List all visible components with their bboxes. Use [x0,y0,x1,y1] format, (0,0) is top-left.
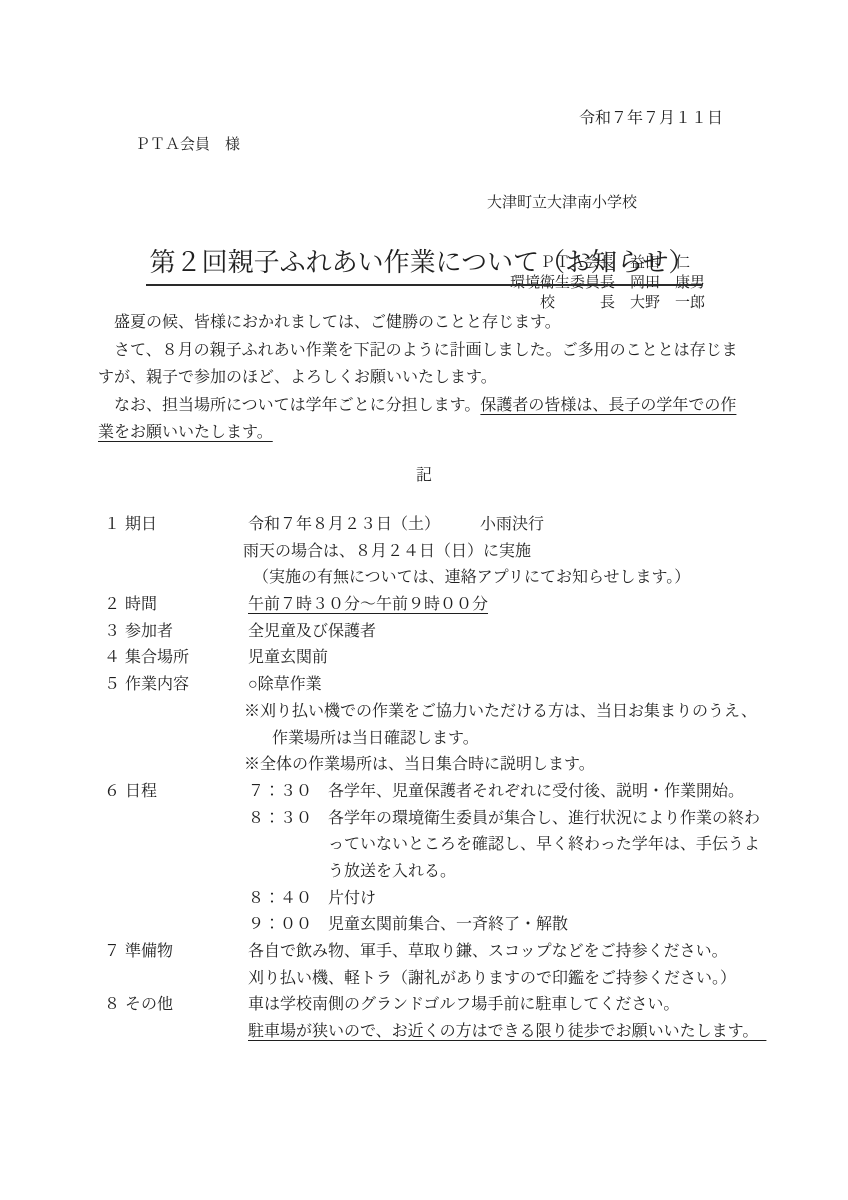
item-line: １期日令和７年８月２３日（土） 小雨決行 [0,512,848,539]
item-text: 雨天の場合は、８月２４日（日）に実施 [243,539,531,566]
item-label: 期日 [125,512,157,539]
item-number: ４ [104,645,120,672]
item-text: 駐車場が狭いので、お近くの方はできる限り徒歩でお願いいたします。 [248,1019,766,1046]
item-text: ９：００ 児童玄関前集合、一斉終了・解散 [248,912,568,939]
item-line: 雨天の場合は、８月２４日（日）に実施 [0,539,848,566]
item-number: ７ [104,939,120,966]
item-text: 各自で飲み物、軍手、草取り鎌、スコップなどをご持参ください。 [248,939,728,966]
school-name: 大津町立大津南小学校 [487,193,705,213]
item-number: ３ [104,619,120,646]
body-paragraph: さて、８月の親子ふれあい作業を下記のように計画しました。ご多用のこととは存じま … [98,337,758,392]
paragraph-text: なお、担当場所については学年ごとに分担します。 [98,397,480,414]
item-text: 作業場所は当日確認します。 [272,726,479,753]
item-text: ※全体の作業場所は、当日集合時に説明します。 [244,752,595,779]
item-text: ８：４０ 片付け [248,886,376,913]
item-line: 駐車場が狭いので、お近くの方はできる限り徒歩でお願いいたします。 [0,1019,848,1046]
item-text: 午前７時３０分～午前９時００分 [248,592,488,619]
item-text: 児童玄関前 [248,645,328,672]
item-label: 集合場所 [125,645,189,672]
item-text: っていないところを確認し、早く終わった学年は、手伝うよ [328,832,760,859]
item-line: ８その他車は学校南側のグランドゴルフ場手前に駐車してください。 [0,992,848,1019]
item-text: ７：３０ 各学年、児童保護者それぞれに受付後、説明・作業開始。 [248,779,744,806]
item-number: ２ [104,592,120,619]
item-line: ５作業内容○除草作業 [0,672,848,699]
item-text: 令和７年８月２３日（土） 小雨決行 [248,512,544,539]
item-line: ７準備物各自で飲み物、軍手、草取り鎌、スコップなどをご持参ください。 [0,939,848,966]
item-text: ※刈り払い機での作業をご協力いただける方は、当日お集まりのうえ、 [244,699,757,726]
document-date: 令和７年７月１１日 [579,108,723,130]
item-line: 作業場所は当日確認します。 [0,726,848,753]
item-number: ５ [104,672,120,699]
item-line: ※全体の作業場所は、当日集合時に説明します。 [0,752,848,779]
item-line: ※刈り払い機での作業をご協力いただける方は、当日お集まりのうえ、 [0,699,848,726]
item-line: っていないところを確認し、早く終わった学年は、手伝うよ [0,832,848,859]
item-label: その他 [125,992,173,1019]
notice-title: 第２回親子ふれあい作業について（お知らせ） [0,246,848,286]
item-number: １ [104,512,120,539]
item-label: 作業内容 [125,672,189,699]
notice-title-text: 第２回親子ふれあい作業について（お知らせ） [146,246,703,286]
item-line: ３参加者全児童及び保護者 [0,619,848,646]
item-line: ２時間午前７時３０分～午前９時００分 [0,592,848,619]
item-line: ８：４０ 片付け [0,886,848,913]
item-line: 刈り払い機、軽トラ（謝礼がありますので印鑑をご持参ください。） [0,966,848,993]
item-line: う放送を入れる。 [0,859,848,886]
item-text: 刈り払い機、軽トラ（謝礼がありますので印鑑をご持参ください。） [248,966,736,993]
item-label: 準備物 [125,939,173,966]
item-line: ４集合場所児童玄関前 [0,645,848,672]
document-page: 令和７年７月１１日 ＰＴＡ会員 様 大津町立大津南小学校 ＰＴＡ会長 益田 仁環… [0,0,848,1200]
item-text: 車は学校南側のグランドゴルフ場手前に駐車してください。 [248,992,679,1019]
item-number: ６ [104,779,120,806]
item-text: ８：３０ 各学年の環境衛生委員が集合し、進行状況により作業の終わ [248,806,760,833]
item-text: （実施の有無については、連絡アプリにてお知らせします。） [253,565,690,592]
ki-marker: 記 [0,462,848,490]
paragraph-text: さて、８月の親子ふれあい作業を下記のように計画しました。ご多用のこととは存じま … [98,342,738,387]
item-text: 全児童及び保護者 [248,619,376,646]
body-paragraph: 盛夏の候、皆様におかれましては、ご健勝のことと存じます。 [98,309,758,337]
item-text: う放送を入れる。 [328,859,456,886]
body-paragraph: なお、担当場所については学年ごとに分担します。保護者の皆様は、長子の学年での作 … [98,392,758,447]
item-label: 時間 [125,592,157,619]
paragraph-text: 盛夏の候、皆様におかれましては、ご健勝のことと存じます。 [98,314,561,331]
item-line: ８：３０ 各学年の環境衛生委員が集合し、進行状況により作業の終わ [0,806,848,833]
item-line: （実施の有無については、連絡アプリにてお知らせします。） [0,565,848,592]
item-label: 日程 [125,779,157,806]
body-paragraphs: 盛夏の候、皆様におかれましては、ご健勝のことと存じます。 さて、８月の親子ふれあ… [98,309,758,447]
item-line: ９：００ 児童玄関前集合、一斉終了・解散 [0,912,848,939]
items-list: １期日令和７年８月２３日（土） 小雨決行雨天の場合は、８月２４日（日）に実施（実… [0,512,848,1046]
item-number: ８ [104,992,120,1019]
item-text: ○除草作業 [248,672,322,699]
item-label: 参加者 [125,619,173,646]
recipient-line: ＰＴＡ会員 様 [135,134,240,156]
item-line: ６日程７：３０ 各学年、児童保護者それぞれに受付後、説明・作業開始。 [0,779,848,806]
